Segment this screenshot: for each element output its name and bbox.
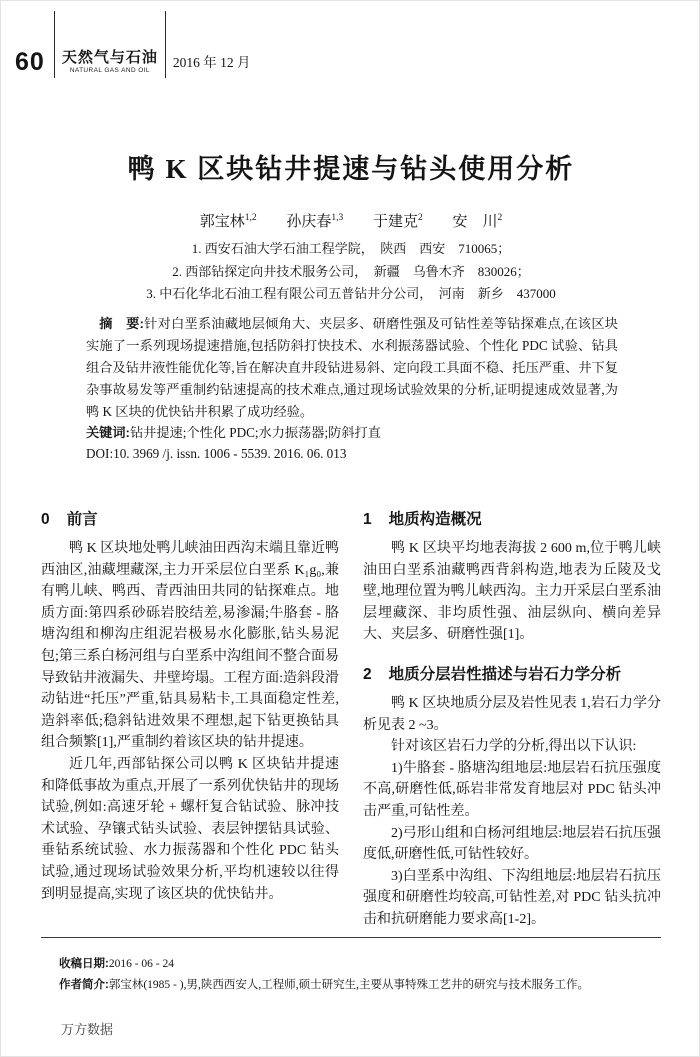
section-heading-2: 2地质分层岩性描述与岩石力学分析 — [363, 662, 661, 684]
body-paragraph: 鸭 K 区块地质分层及岩性见表 1,岩石力学分析见表 2 ~3。 — [363, 693, 661, 736]
footnotes: 收稿日期:2016 - 06 - 24 作者简介:郭宝林(1985 - ),男,… — [59, 954, 659, 996]
body-paragraph: 3)白垩系中沟组、下沟组地层:地层岩石抗压强度和研磨性均较高,可钻性差,对 PD… — [363, 866, 661, 931]
author-name: 于建克 — [373, 214, 418, 230]
abstract-text: 针对白垩系油藏地层倾角大、夹层多、研磨性强及可钻性差等钻探难点,在该区块实施了一… — [86, 316, 618, 419]
author-name: 孙庆春 — [286, 214, 331, 230]
abstract-paragraph: 摘 要:针对白垩系油藏地层倾角大、夹层多、研磨性强及可钻性差等钻探难点,在该区块… — [86, 313, 618, 423]
section-title: 地质构造概况 — [389, 511, 482, 528]
body-paragraph: 1)牛胳套 - 胳塘沟组地层:地层岩石抗压强度不高,研磨性低,砾岩非常发育地层对… — [363, 758, 661, 823]
page-number: 60 — [15, 50, 45, 78]
wanfang-watermark: 万方数据 — [61, 1019, 113, 1038]
left-column: 0前言 鸭 K 区块地处鸭儿峡油田西沟末端且靠近鸭西油区,油藏埋藏深,主力开采层… — [41, 507, 339, 931]
affiliation: 3. 中石化华北石油工程有限公司五普钻井分公司， 河南 新乡 437000 — [1, 283, 700, 306]
body-paragraph: 针对该区岩石力学的分析,得出以下认识: — [363, 736, 661, 758]
author-affil-sup: 1,2 — [245, 213, 257, 223]
abstract-label: 摘 要: — [99, 316, 144, 331]
received-date-value: 2016 - 06 - 24 — [109, 958, 174, 970]
author-list: 郭宝林1,2 孙庆春1,3 于建克2 安 川2 — [1, 210, 700, 231]
right-column: 1地质构造概况 鸭 K 区块平均地表海拔 2 600 m,位于鸭儿峡油田白垩系油… — [363, 507, 661, 931]
author: 安 川2 — [453, 214, 503, 230]
body-paragraph: 鸭 K 区块地处鸭儿峡油田西沟末端且靠近鸭西油区,油藏埋藏深,主力开采层位白垩系… — [41, 538, 339, 754]
author: 于建克2 — [373, 214, 423, 230]
keywords-label: 关键词: — [86, 425, 130, 440]
body-paragraph: 鸭 K 区块平均地表海拔 2 600 m,位于鸭儿峡油田白垩系油藏鸭西背斜构造,… — [363, 538, 661, 646]
received-date-line: 收稿日期:2016 - 06 - 24 — [59, 954, 659, 975]
affiliation: 2. 西部钻探定向井技术服务公司， 新疆 乌鲁木齐 830026； — [1, 261, 700, 284]
keywords-line: 关键词:钻井提速;个性化 PDC;水力振荡器;防斜打直 — [86, 422, 618, 441]
author-name: 安 川 — [453, 214, 498, 230]
article-body: 0前言 鸭 K 区块地处鸭儿峡油田西沟末端且靠近鸭西油区,油藏埋藏深,主力开采层… — [41, 507, 661, 931]
section-number: 2 — [363, 666, 372, 683]
section-number: 1 — [363, 511, 372, 528]
section-heading-1: 1地质构造概况 — [363, 507, 661, 529]
paper-title: 鸭 K 区块钻井提速与钻头使用分析 — [1, 147, 700, 186]
body-paragraph: 近几年,西部钻探公司以鸭 K 区块钻井提速和降低事故为重点,开展了一系列优快钻井… — [41, 754, 339, 905]
section-title: 地质分层岩性描述与岩石力学分析 — [389, 666, 622, 683]
section-title: 前言 — [67, 511, 98, 528]
abstract-block: 摘 要:针对白垩系油藏地层倾角大、夹层多、研磨性强及可钻性差等钻探难点,在该区块… — [86, 313, 618, 423]
journal-logo: 天然气与石油 NATURAL GAS AND OIL — [54, 11, 166, 78]
author-bio-line: 作者简介:郭宝林(1985 - ),男,陕西西安人,工程师,硕士研究生,主要从事… — [59, 975, 659, 996]
affiliation-list: 1. 西安石油大学石油工程学院， 陕西 西安 710065； 2. 西部钻探定向… — [1, 238, 700, 306]
affiliation: 1. 西安石油大学石油工程学院， 陕西 西安 710065； — [1, 238, 700, 261]
author-affil-sup: 2 — [498, 213, 503, 223]
author: 郭宝林1,2 — [200, 214, 257, 230]
paper-page: 60 天然气与石油 NATURAL GAS AND OIL 2016 年 12 … — [0, 0, 700, 1057]
author-name: 郭宝林 — [200, 214, 245, 230]
journal-name-cn: 天然气与石油 — [62, 49, 158, 66]
body-paragraph: 2)弓形山组和白杨河组地层:地层岩石抗压强度低,研磨性低,可钻性较好。 — [363, 823, 661, 866]
author: 孙庆春1,3 — [286, 214, 343, 230]
author-affil-sup: 2 — [418, 213, 423, 223]
section-heading-0: 0前言 — [41, 507, 339, 529]
author-bio-label: 作者简介: — [59, 979, 109, 991]
journal-name-en: NATURAL GAS AND OIL — [62, 66, 158, 75]
author-affil-sup: 1,3 — [331, 213, 343, 223]
section-number: 0 — [41, 511, 50, 528]
author-bio-text: 郭宝林(1985 - ),男,陕西西安人,工程师,硕士研究生,主要从事特殊工艺井… — [109, 979, 589, 991]
doi-line: DOI:10. 3969 /j. issn. 1006 - 5539. 2016… — [86, 446, 618, 462]
issue-date: 2016 年 12 月 — [166, 51, 251, 78]
keywords-text: 钻井提速;个性化 PDC;水力振荡器;防斜打直 — [130, 425, 381, 440]
received-date-label: 收稿日期: — [59, 958, 109, 970]
footnote-divider — [41, 937, 661, 938]
page-header: 60 天然气与石油 NATURAL GAS AND OIL 2016 年 12 … — [15, 11, 250, 78]
